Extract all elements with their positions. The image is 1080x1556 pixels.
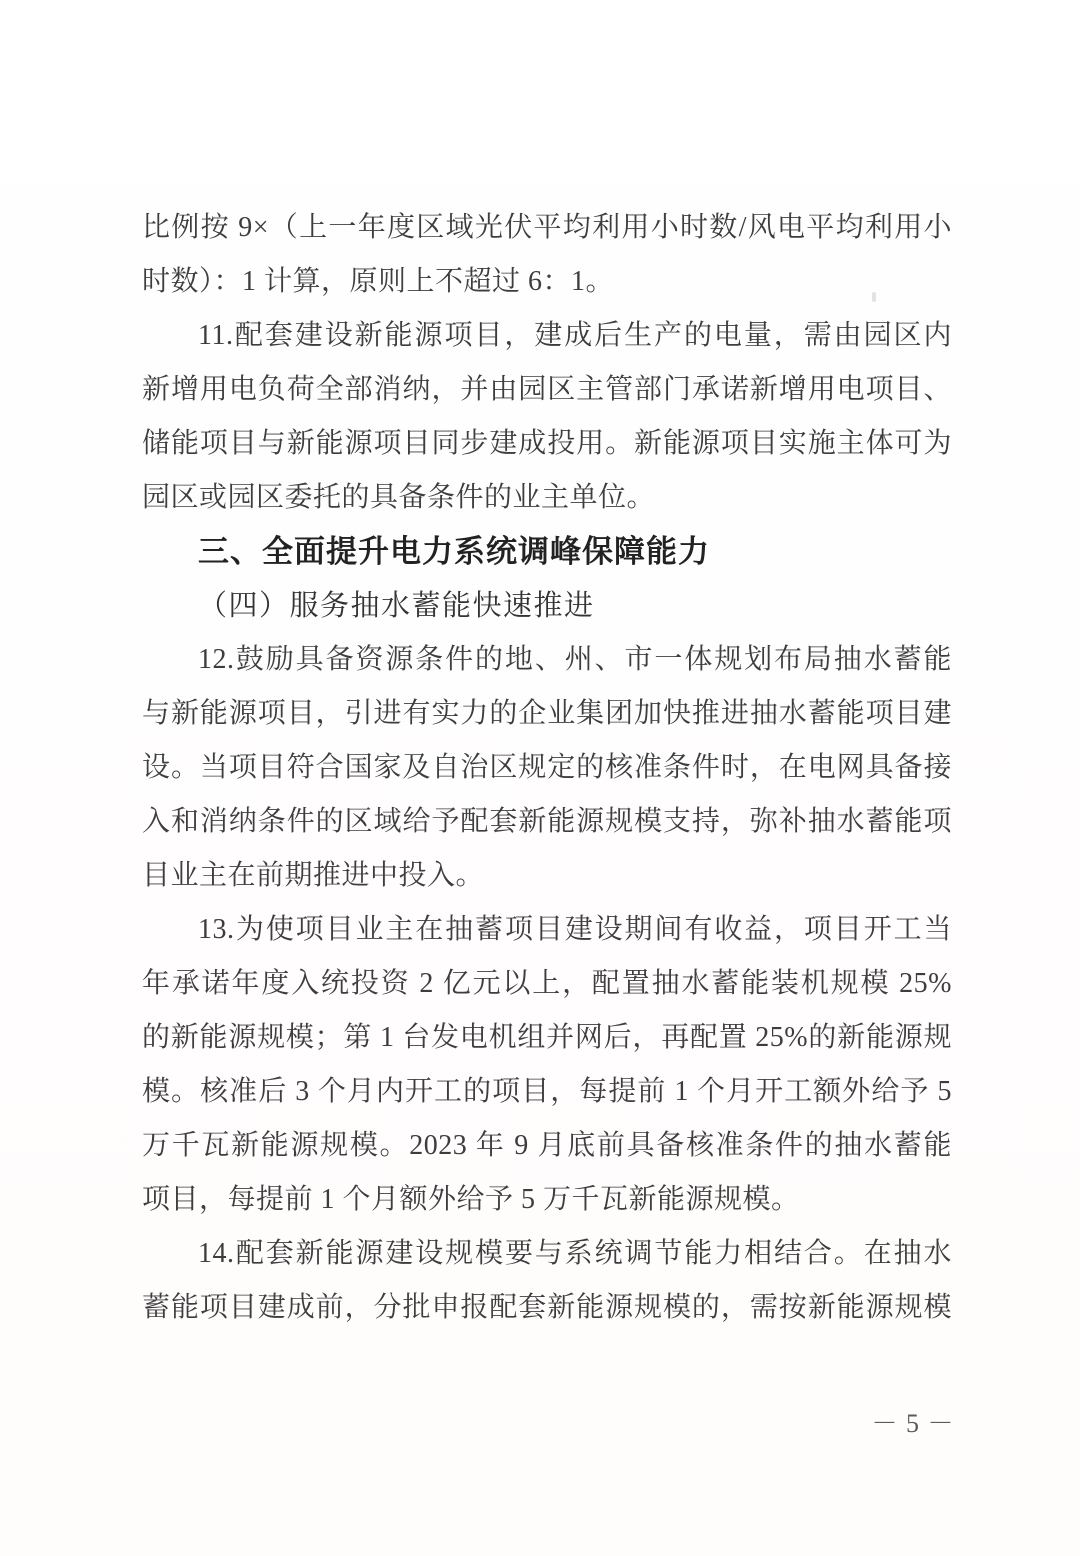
body-line: 年承诺年度入统投资 2 亿元以上，配置抽水蓄能装机规模 25% <box>142 957 952 1011</box>
body-line: 的新能源规模；第 1 台发电机组并网后，再配置 25%的新能源规 <box>142 1011 952 1065</box>
body-line: 入和消纳条件的区域给予配套新能源规模支持，弥补抽水蓄能项 <box>142 795 952 849</box>
body-line: 与新能源项目，引进有实力的企业集团加快推进抽水蓄能项目建 <box>142 687 952 741</box>
section-heading: 三、全面提升电力系统调峰保障能力 <box>142 525 952 579</box>
body-line: 时数）：1 计算，原则上不超过 6：1。 <box>142 255 952 309</box>
body-line-item-14: 14.配套新能源建设规模要与系统调节能力相结合。在抽水 <box>142 1227 952 1281</box>
body-line: 新增用电负荷全部消纳，并由园区主管部门承诺新增用电项目、 <box>142 363 952 417</box>
body-line: 园区或园区委托的具备条件的业主单位。 <box>142 471 952 525</box>
document-text-block: 比例按 9×（上一年度区域光伏平均利用小时数/风电平均利用小 时数）：1 计算，… <box>142 201 952 1335</box>
body-line: 储能项目与新能源项目同步建成投用。新能源项目实施主体可为 <box>142 417 952 471</box>
scan-artifact-mark <box>872 292 876 302</box>
page-number: － 5 － <box>868 1404 958 1444</box>
body-line: 项目，每提前 1 个月额外给予 5 万千瓦新能源规模。 <box>142 1173 952 1227</box>
body-line: 目业主在前期推进中投入。 <box>142 849 952 903</box>
body-line-item-12: 12.鼓励具备资源条件的地、州、市一体规划布局抽水蓄能 <box>142 633 952 687</box>
body-line: 蓄能项目建成前，分批申报配套新能源规模的，需按新能源规模 <box>142 1281 952 1335</box>
subsection-heading: （四）服务抽水蓄能快速推进 <box>142 579 952 633</box>
body-line: 设。当项目符合国家及自治区规定的核准条件时，在电网具备接 <box>142 741 952 795</box>
body-line: 万千瓦新能源规模。2023 年 9 月底前具备核准条件的抽水蓄能 <box>142 1119 952 1173</box>
body-line-item-11: 11.配套建设新能源项目，建成后生产的电量，需由园区内 <box>142 309 952 363</box>
body-line: 比例按 9×（上一年度区域光伏平均利用小时数/风电平均利用小 <box>142 201 952 255</box>
body-line-item-13: 13.为使项目业主在抽蓄项目建设期间有收益，项目开工当 <box>142 903 952 957</box>
body-line: 模。核准后 3 个月内开工的项目，每提前 1 个月开工额外给予 5 <box>142 1065 952 1119</box>
document-page: 比例按 9×（上一年度区域光伏平均利用小时数/风电平均利用小 时数）：1 计算，… <box>0 0 1080 1556</box>
